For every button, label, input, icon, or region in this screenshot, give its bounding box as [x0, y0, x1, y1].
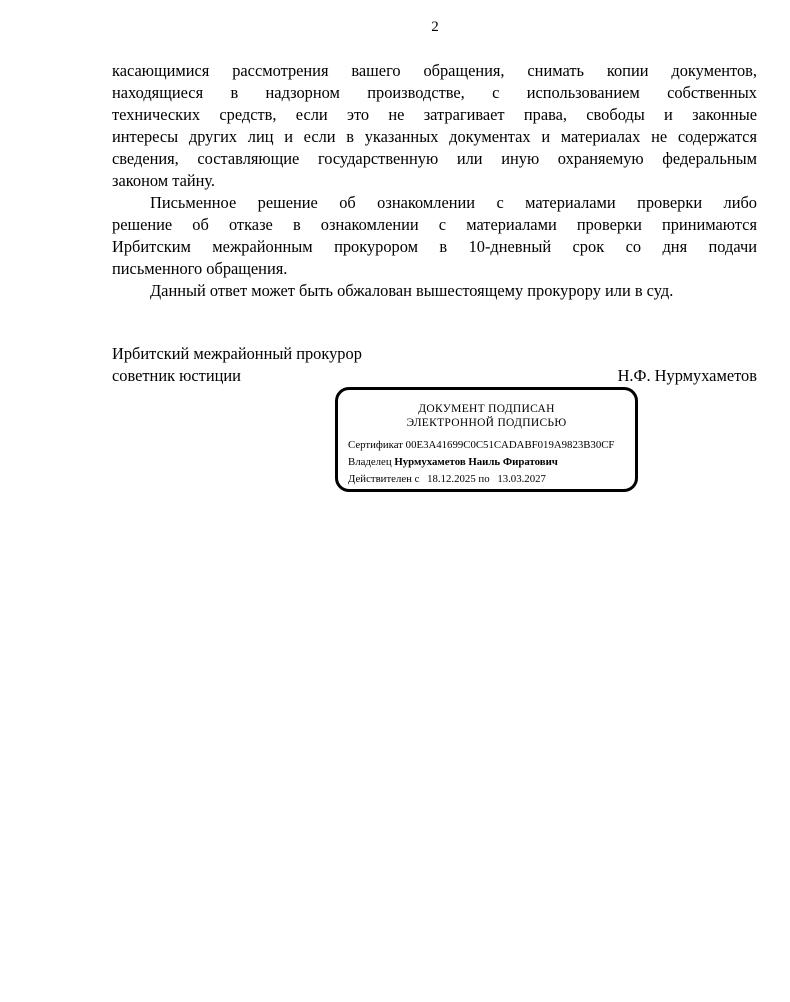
validity-separator: по — [478, 473, 489, 485]
signature-row: советник юстиции Н.Ф. Нурмухаметов — [112, 365, 757, 387]
stamp-validity-row: Действителен с 18.12.2025 по 13.03.2027 — [348, 471, 629, 488]
stamp-owner-row: Владелец Нурмухаметов Наиль Фиратович — [348, 454, 629, 471]
paragraph-line: интересы других лиц и если в указанных д… — [112, 126, 757, 148]
signature-block: Ирбитский межрайонный прокурор советник … — [112, 343, 757, 387]
document-body: касающимися рассмотрения вашего обращени… — [112, 60, 757, 302]
paragraph-line: Письменное решение об ознакомлении с мат… — [112, 192, 757, 214]
certificate-value: 00E3A41699C0C51CADABF019A9823B30CF — [406, 439, 615, 451]
signer-name: Н.Ф. Нурмухаметов — [618, 365, 757, 387]
validity-label: Действителен с — [348, 473, 419, 485]
certificate-label: Сертификат — [348, 439, 403, 451]
paragraph-line: письменного обращения. — [112, 258, 757, 280]
paragraph-line: законом тайну. — [112, 170, 757, 192]
owner-label: Владелец — [348, 456, 392, 468]
paragraph-line: Данный ответ может быть обжалован вышест… — [112, 280, 757, 302]
paragraph-line: технических средств, если это не затраги… — [112, 104, 757, 126]
document-page: 2 касающимися рассмотрения вашего обраще… — [0, 0, 790, 1002]
stamp-certificate-row: Сертификат 00E3A41699C0C51CADABF019A9823… — [348, 437, 629, 454]
paragraph-line: сведения, составляющие государственную и… — [112, 148, 757, 170]
paragraph-line: решение об отказе в ознакомлении с матер… — [112, 214, 757, 236]
validity-to-date: 13.03.2027 — [497, 473, 546, 485]
stamp-title-line1: ДОКУМЕНТ ПОДПИСАН — [338, 402, 635, 416]
page-number: 2 — [113, 17, 757, 37]
validity-from-date: 18.12.2025 — [427, 473, 476, 485]
paragraph-line: Ирбитским межрайонным прокурором в 10-дн… — [112, 236, 757, 258]
owner-value: Нурмухаметов Наиль Фиратович — [394, 456, 558, 468]
stamp-title-line2: ЭЛЕКТРОННОЙ ПОДПИСЬЮ — [338, 416, 635, 430]
paragraph-line: касающимися рассмотрения вашего обращени… — [112, 60, 757, 82]
paragraph-line: находящиеся в надзорном производстве, с … — [112, 82, 757, 104]
signer-position-line2: советник юстиции — [112, 365, 241, 387]
electronic-signature-stamp: ДОКУМЕНТ ПОДПИСАН ЭЛЕКТРОННОЙ ПОДПИСЬЮ С… — [335, 387, 638, 492]
signer-position-line1: Ирбитский межрайонный прокурор — [112, 343, 757, 365]
stamp-details: Сертификат 00E3A41699C0C51CADABF019A9823… — [338, 437, 635, 488]
